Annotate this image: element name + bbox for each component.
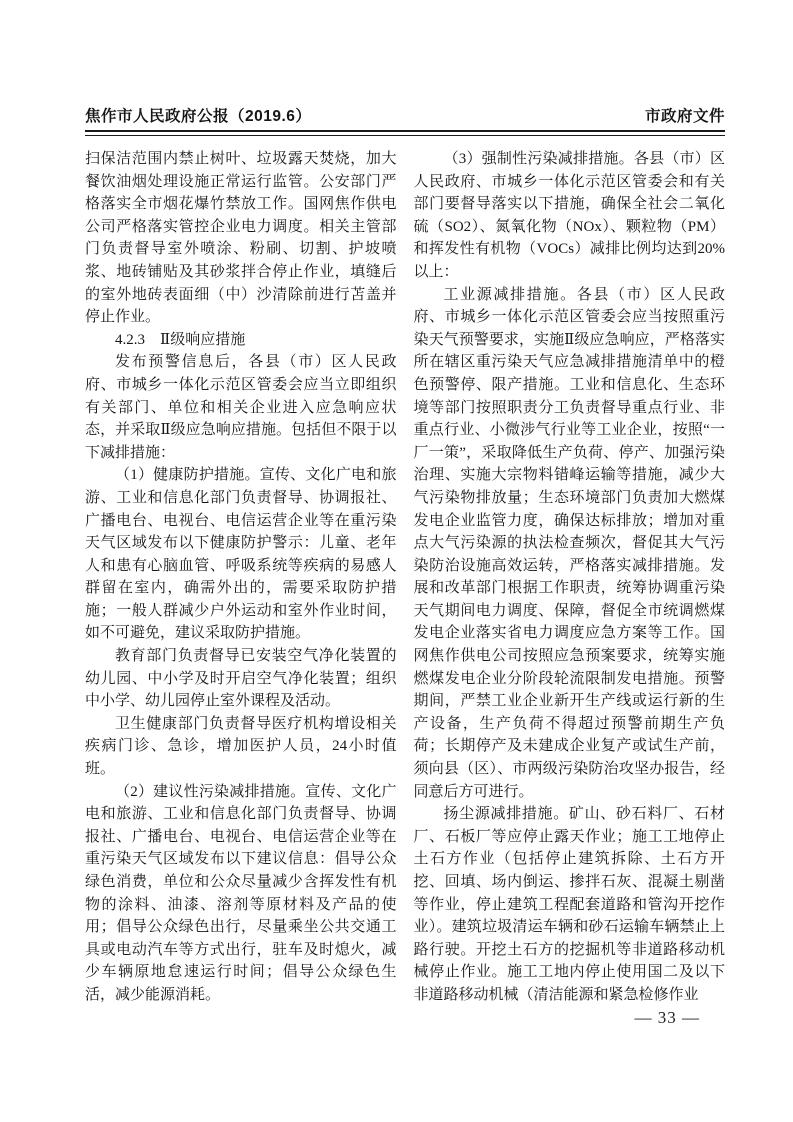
right-column: （3）强制性污染减排措施。各县（市）区人民政府、市城乡一体化示范区管委会和有关部… bbox=[414, 148, 726, 1007]
left-column: 扫保洁范围内禁止树叶、垃圾露天焚烧，加大餐饮油烟处理设施正常运行监管。公安部门严… bbox=[85, 148, 397, 1007]
section-heading-4-2-3: 4.2.3 Ⅱ级响应措施 bbox=[85, 329, 397, 352]
gazette-page: 焦作市人民政府公报（2019.6） 市政府文件 扫保洁范围内禁止树叶、垃圾露天焚… bbox=[0, 0, 793, 1122]
page-number: — 33 — bbox=[635, 1008, 701, 1027]
page-footer: — 33 — bbox=[635, 1008, 701, 1028]
paragraph-mandatory-reduction: （3）强制性污染减排措施。各县（市）区人民政府、市城乡一体化示范区管委会和有关部… bbox=[414, 148, 726, 284]
document-category-label: 市政府文件 bbox=[645, 104, 725, 126]
paragraph-industrial-sources: 工业源减排措施。各县（市）区人民政府、市城乡一体化示范区管委会应当按照重污染天气… bbox=[414, 284, 726, 804]
page-body: 扫保洁范围内禁止树叶、垃圾露天焚烧，加大餐饮油烟处理设施正常运行监管。公安部门严… bbox=[85, 148, 725, 1007]
paragraph-health-dept: 卫生健康部门负责督导医疗机构增设相关疾病门诊、急诊，增加医护人员，24小时值班。 bbox=[85, 713, 397, 781]
paragraph-health-protection: （1）健康防护措施。宣传、文化广电和旅游、工业和信息化部门负责督导、协调报社、广… bbox=[85, 464, 397, 645]
page-header: 焦作市人民政府公报（2019.6） 市政府文件 bbox=[85, 104, 725, 126]
header-rule bbox=[85, 130, 725, 136]
paragraph-response-activation: 发布预警信息后，各县（市）区人民政府、市城乡一体化示范区管委会应当立即组织有关部… bbox=[85, 351, 397, 464]
paragraph-suggested-reduction: （2）建议性污染减排措施。宣传、文化广电和旅游、工业和信息化部门负责督导、协调报… bbox=[85, 781, 397, 1007]
paragraph-dust-sources: 扬尘源减排措施。矿山、砂石料厂、石材厂、石板厂等应停止露天作业；施工工地停止土石… bbox=[414, 803, 726, 1006]
paragraph-continuation: 扫保洁范围内禁止树叶、垃圾露天焚烧，加大餐饮油烟处理设施正常运行监管。公安部门严… bbox=[85, 148, 397, 329]
paragraph-education-dept: 教育部门负责督导已安装空气净化装置的幼儿园、中小学及时开启空气净化装置；组织中小… bbox=[85, 645, 397, 713]
gazette-title: 焦作市人民政府公报（2019.6） bbox=[85, 104, 311, 126]
